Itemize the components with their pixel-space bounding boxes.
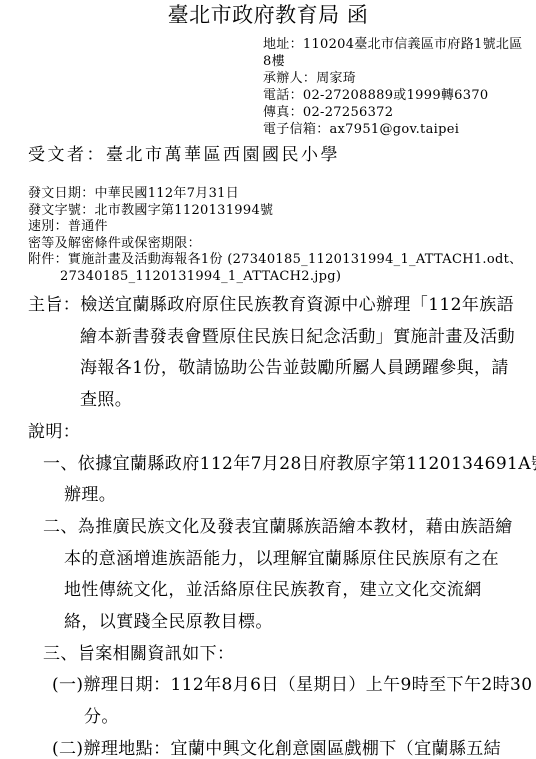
doc-line: 電話：02-27208889或1999轉6370 [263, 87, 533, 104]
explanation-section: 說明：一、依據宜蘭縣政府112年7月28日府教原字第1120134691A號函辦… [0, 417, 536, 759]
subject-section: 主旨：檢送宜蘭縣政府原住民族教育資源中心辦理「112年族語繪本新書發表會暨原住民… [0, 290, 536, 417]
doc-line: 發文字號：北市教國字第1120131994號 [28, 203, 522, 220]
doc-line: 分。 [84, 702, 536, 734]
doc-line: 海報各1份，敬請協助公告並鼓勵所屬人員踴躍參與，請 [80, 353, 536, 385]
dispatch-meta-block: 發文日期：中華民國112年7月31日發文字號：北市教國字第1120131994號… [28, 186, 522, 285]
letter-body: 主旨：檢送宜蘭縣政府原住民族教育資源中心辦理「112年族語繪本新書發表會暨原住民… [0, 290, 536, 759]
doc-line: 密等及解密條件或保密期限： [28, 236, 522, 253]
doc-line: 本的意涵增進族語能力，以理解宜蘭縣原住民族原有之在 [64, 544, 536, 576]
doc-line: 絡，以實踐全民原教目標。 [64, 607, 536, 639]
doc-line: 電子信箱：ax7951@gov.taipei [263, 121, 533, 138]
recipient-line: 受文者：臺北市萬華區西園國民小學 [28, 144, 340, 167]
doc-line: 繪本新書發表會暨原住民族日紀念活動」實施計畫及活動 [80, 322, 536, 354]
doc-line: (一)辦理日期：112年8月6日（星期日）上午9時至下午2時30 [52, 670, 536, 702]
doc-line: 附件：實施計畫及活動海報各1份 (27340185_1120131994_1_A… [28, 252, 522, 269]
doc-line: (二)辦理地點：宜蘭中興文化創意園區戲棚下（宜蘭縣五結 [52, 734, 536, 759]
doc-line: 地址：110204臺北市信義區市府路1號北區 [263, 36, 533, 53]
doc-line: 27340185_1120131994_1_ATTACH2.jpg) [60, 269, 522, 286]
doc-line: 二、為推廣民族文化及發表宜蘭縣族語繪本教材，藉由族語繪 [43, 512, 536, 544]
letter-page: 臺北市政府教育局 函 地址：110204臺北市信義區市府路1號北區8樓承辦人：周… [0, 0, 536, 759]
doc-line: 速別：普通件 [28, 219, 522, 236]
doc-line: 8樓 [263, 53, 533, 70]
doc-line: 發文日期：中華民國112年7月31日 [28, 186, 522, 203]
doc-line: 承辦人：周家琦 [263, 70, 533, 87]
doc-line: 說明： [28, 417, 536, 449]
document-title: 臺北市政府教育局 函 [0, 2, 536, 29]
doc-line: 主旨：檢送宜蘭縣政府原住民族教育資源中心辦理「112年族語 [28, 290, 536, 322]
agency-contact-block: 地址：110204臺北市信義區市府路1號北區8樓承辦人：周家琦電話：02-272… [263, 36, 533, 138]
doc-line: 地性傳統文化，並活絡原住民族教育，建立文化交流網 [64, 575, 536, 607]
doc-line: 辦理。 [64, 480, 536, 512]
doc-line: 傳真：02-27256372 [263, 104, 533, 121]
doc-line: 一、依據宜蘭縣政府112年7月28日府教原字第1120134691A號函 [43, 449, 536, 481]
doc-line: 三、旨案相關資訊如下： [43, 639, 536, 671]
doc-line: 查照。 [80, 385, 536, 417]
